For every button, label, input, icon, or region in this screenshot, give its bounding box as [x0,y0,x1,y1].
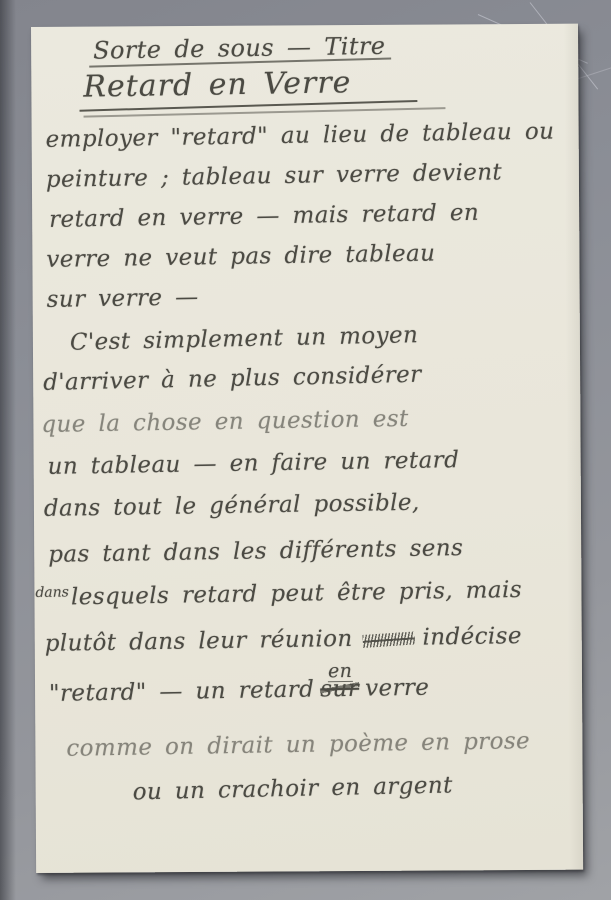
manuscript-sheet: Sorte de sous — Titre Retard en Verre em… [31,24,583,873]
manuscript-line-05: sur verre — [46,286,198,312]
backdrop-edge-shadow [0,0,16,900]
manuscript-line-09: un tableau — en faire un retard [47,449,459,479]
inserted-word-en: en [328,662,353,682]
scribbled-out-word [362,631,415,648]
manuscript-title: Retard en Verre [83,68,352,102]
manuscript-line-08: que la chose en question est [41,408,409,437]
inserted-word-dans: dans [35,584,69,601]
manuscript-line-11: pas tant dans les différents sens [48,537,463,567]
manuscript-line-14: "retard" — un retardensurverre [49,677,430,706]
manuscript-line-06: C'est simplement un moyen [70,324,419,355]
manuscript-line-10: dans tout le général possible, [44,492,420,521]
manuscript-line-text: "retard" — un retard [49,677,315,707]
manuscript-line-12: danslesquels retard peut être pris, mais [35,578,522,610]
manuscript-line-04: verre ne veut pas dire tableau [46,242,435,271]
manuscript-line-text: indécise [422,623,522,651]
manuscript-line-07: d'arriver à ne plus considérer [43,364,422,395]
manuscript-line-01: employer "retard" au lieu de tableau ou [46,120,555,151]
manuscript-line-15: comme on dirait un poème en prose [66,730,530,761]
manuscript-line-text: verre [365,675,430,702]
manuscript-line-text: lesquels retard peut être pris, mais [71,577,522,610]
manuscript-line-03: retard en verre — mais retard en [49,202,479,232]
manuscript-line-02: peinture ; tableau sur verre devient [46,161,503,192]
manuscript-line-13: plutôt dans leur réunionindécise [45,625,523,656]
correction-group: ensur [320,678,359,702]
manuscript-line-text: plutôt dans leur réunion [45,626,353,657]
manuscript-line-16: ou un crachoir en argent [132,774,453,804]
